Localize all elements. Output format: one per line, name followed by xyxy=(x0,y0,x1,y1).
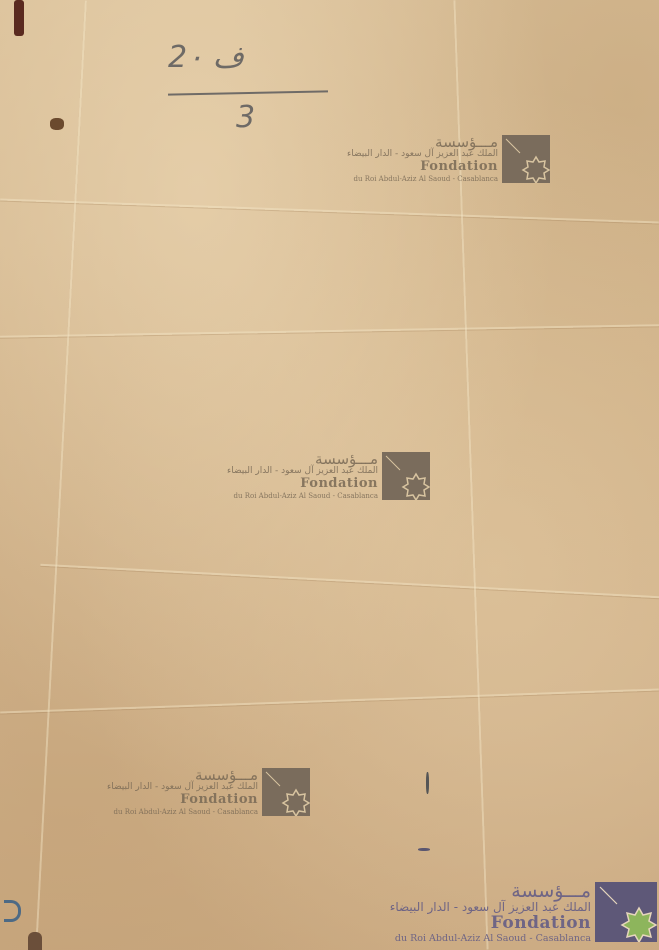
foundation-watermark: مـــؤسسة الملك عبد العزيز آل سعود - الدا… xyxy=(90,768,310,818)
ink-mark xyxy=(28,932,42,950)
watermark-french-title: Fondation xyxy=(107,793,258,807)
foundation-watermark: مـــؤسسة الملك عبد العزيز آل سعود - الدا… xyxy=(330,135,550,185)
foundation-logo-icon xyxy=(502,135,550,183)
watermark-french-subtitle: du Roi Abdul-Aziz Al Saoud - Casablanca xyxy=(114,808,258,817)
watermark-french-title: Fondation xyxy=(390,914,591,932)
handwritten-divider-line xyxy=(168,90,328,95)
pencil-mark xyxy=(418,848,430,851)
paper-crease xyxy=(35,1,87,950)
watermark-arabic-subtitle: الملك عبد العزيز آل سعود - الدار البيضاء xyxy=(390,900,591,914)
ink-stain xyxy=(50,118,64,130)
pencil-mark xyxy=(426,772,429,794)
watermark-arabic-title: مـــؤسسة xyxy=(227,452,378,466)
foundation-watermark: مـــؤسسة الملك عبد العزيز آل سعود - الدا… xyxy=(210,452,430,502)
handwritten-shelf-number: 3 xyxy=(236,100,255,135)
handwritten-shelf-mark: ف 2٠ xyxy=(168,40,244,75)
foundation-logo-icon xyxy=(595,882,657,942)
manuscript-page: ف 2٠ 3 مـــؤسسة الملك عبد العزيز آل سعود… xyxy=(0,0,659,950)
watermark-arabic-title: مـــؤسسة xyxy=(347,135,498,149)
watermark-french-title: Fondation xyxy=(347,160,498,174)
watermark-french-subtitle: du Roi Abdul-Aziz Al Saoud - Casablanca xyxy=(395,934,591,943)
foundation-watermark-color: مـــؤسسة الملك عبد العزيز آل سعود - الدا… xyxy=(392,882,657,950)
foundation-logo-icon xyxy=(262,768,310,816)
watermark-arabic-title: مـــؤسسة xyxy=(107,768,258,782)
paper-crease xyxy=(40,564,659,598)
paper-crease xyxy=(0,199,659,224)
ink-stain xyxy=(14,0,24,36)
watermark-arabic-title: مـــؤسسة xyxy=(390,882,591,900)
ink-mark xyxy=(4,900,21,922)
paper-crease xyxy=(0,324,659,338)
paper-crease xyxy=(0,689,659,714)
watermark-french-subtitle: du Roi Abdul-Aziz Al Saoud - Casablanca xyxy=(234,492,378,501)
watermark-french-subtitle: du Roi Abdul-Aziz Al Saoud - Casablanca xyxy=(354,175,498,184)
foundation-logo-icon xyxy=(382,452,430,500)
watermark-french-title: Fondation xyxy=(227,477,378,491)
